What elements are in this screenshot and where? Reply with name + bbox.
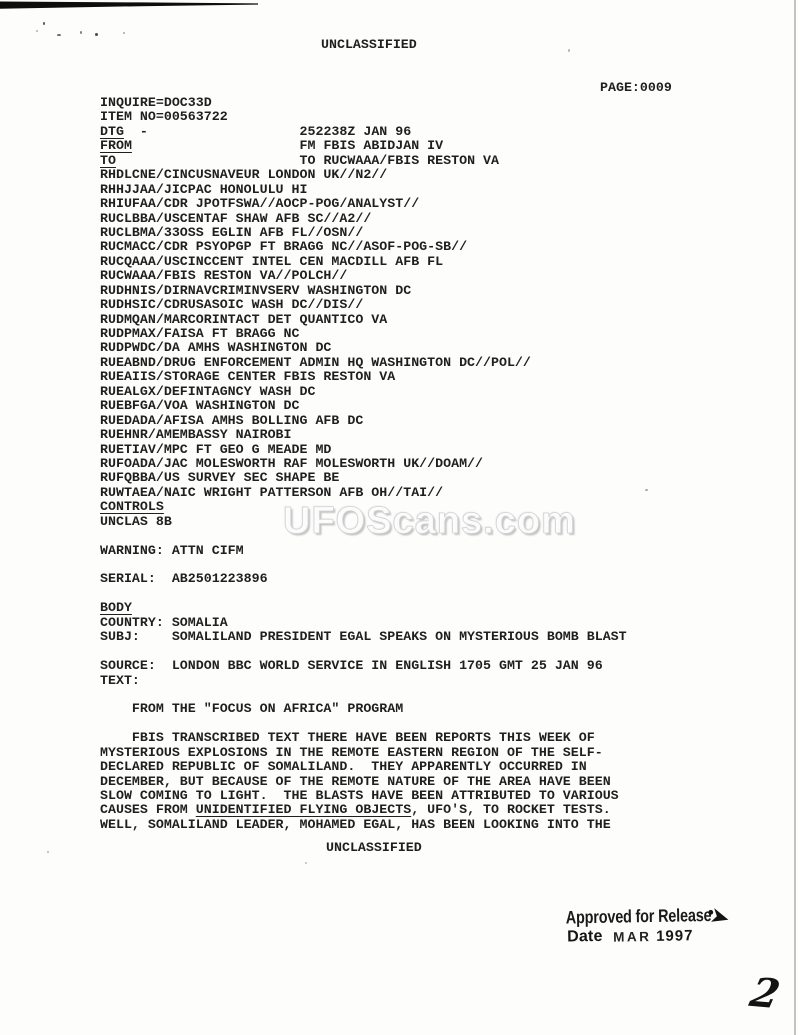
doc-line: BODY	[100, 601, 627, 615]
doc-line: DTG - 252238Z JAN 96	[100, 125, 627, 139]
doc-line: DECLARED REPUBLIC OF SOMALILAND. THEY AP…	[100, 760, 627, 774]
stamp-date-month: MAR	[613, 929, 652, 945]
doc-line: SOURCE: LONDON BBC WORLD SERVICE IN ENGL…	[100, 659, 627, 673]
doc-line: FBIS TRANSCRIBED TEXT THERE HAVE BEEN RE…	[100, 731, 627, 745]
doc-line: ITEM NO=00563722	[100, 110, 627, 124]
stamp-date-year: 1997	[656, 927, 694, 945]
document-lines: INQUIRE=DOC33DITEM NO=00563722DTG - 2522…	[100, 96, 627, 832]
page-number-label: PAGE:0009	[600, 81, 672, 95]
scan-speck	[123, 32, 125, 34]
doc-line: TO TO RUCWAAA/FBIS RESTON VA	[100, 154, 627, 168]
doc-line: RUEDADA/AFISA AMHS BOLLING AFB DC	[100, 414, 627, 428]
doc-line: RUFQBBA/US SURVEY SEC SHAPE BE	[100, 471, 627, 485]
doc-line: RUEHNR/AMEMBASSY NAIROBI	[100, 428, 627, 442]
scan-edge-line	[794, 0, 796, 1035]
doc-line: RUDPWDC/DA AMHS WASHINGTON DC	[100, 341, 627, 355]
doc-line	[100, 717, 627, 731]
doc-line: RUFOADA/JAC MOLESWORTH RAF MOLESWORTH UK…	[100, 457, 627, 471]
doc-line: RHIUFAA/CDR JPOTFSWA//AOCP-POG/ANALYST//	[100, 197, 627, 211]
doc-line: CAUSES FROM UNIDENTIFIED FLYING OBJECTS,…	[100, 803, 627, 817]
doc-line: RUCWAAA/FBIS RESTON VA//POLCH//	[100, 269, 627, 283]
approval-stamp: Approved for Release Date MAR 1997	[566, 905, 737, 954]
doc-line	[100, 558, 627, 572]
classification-footer: UNCLASSIFIED	[326, 841, 422, 855]
doc-line: RHHJJAA/JICPAC HONOLULU HI	[100, 183, 627, 197]
scan-speck	[36, 30, 38, 32]
scan-speck	[568, 49, 570, 52]
doc-line: MYSTERIOUS EXPLOSIONS IN THE REMOTE EAST…	[100, 746, 627, 760]
doc-line: RUCLBBA/USCENTAF SHAW AFB SC//A2//	[100, 212, 627, 226]
scan-speck	[57, 34, 61, 36]
doc-line: RUEBFGA/VOA WASHINGTON DC	[100, 399, 627, 413]
doc-line: RUCQAAA/USCINCCENT INTEL CEN MACDILL AFB…	[100, 255, 627, 269]
doc-line: TEXT:	[100, 674, 627, 688]
doc-line: INQUIRE=DOC33D	[100, 96, 627, 110]
doc-line: RHDLCNE/CINCUSNAVEUR LONDON UK//N2//	[100, 168, 627, 182]
doc-line: RUDPMAX/FAISA FT BRAGG NC	[100, 327, 627, 341]
doc-line: RUDHSIC/CDRUSASOIC WASH DC//DIS//	[100, 298, 627, 312]
classification-header: UNCLASSIFIED	[321, 38, 417, 52]
doc-line: COUNTRY: SOMALIA	[100, 616, 627, 630]
doc-line: SUBJ: SOMALILAND PRESIDENT EGAL SPEAKS O…	[100, 630, 627, 644]
doc-line: FROM THE "FOCUS ON AFRICA" PROGRAM	[100, 702, 627, 716]
scan-speck	[305, 862, 307, 864]
scanned-document-page: UNCLASSIFIED PAGE:0009 INQUIRE=DOC33DITE…	[0, 0, 800, 1035]
doc-line: RUEABND/DRUG ENFORCEMENT ADMIN HQ WASHIN…	[100, 356, 627, 370]
scan-speck	[95, 33, 98, 36]
doc-line: WARNING: ATTN CIFM	[100, 544, 627, 558]
doc-line: FROM FM FBIS ABIDJAN IV	[100, 139, 627, 153]
watermark-text: UFOScans.com	[283, 499, 576, 543]
doc-line	[100, 587, 627, 601]
handwritten-page-number: 2	[747, 973, 784, 1015]
scan-speck	[645, 489, 648, 491]
doc-line: RUDMQAN/MARCORINTACT DET QUANTICO VA	[100, 313, 627, 327]
scan-speck	[80, 31, 82, 34]
doc-line: DECEMBER, BUT BECAUSE OF THE REMOTE NATU…	[100, 775, 627, 789]
doc-line: RUEAIIS/STORAGE CENTER FBIS RESTON VA	[100, 370, 627, 384]
scan-speck	[47, 851, 49, 853]
stamp-date-label: Date	[567, 928, 603, 947]
doc-line	[100, 688, 627, 702]
doc-line: RUEALGX/DEFINTAGNCY WASH DC	[100, 385, 627, 399]
doc-line: RUCMACC/CDR PSYOPGP FT BRAGG NC//ASOF-PO…	[100, 240, 627, 254]
doc-line: RUDHNIS/DIRNAVCRIMINVSERV WASHINGTON DC	[100, 284, 627, 298]
doc-line: RUETIAV/MPC FT GEO G MEADE MD	[100, 443, 627, 457]
scan-speck	[43, 22, 45, 25]
doc-line: RUCLBMA/33OSS EGLIN AFB FL//OSN//	[100, 226, 627, 240]
scan-artifact-top-bar	[0, 0, 270, 12]
doc-line: SLOW COMING TO LIGHT. THE BLASTS HAVE BE…	[100, 789, 627, 803]
stamp-approved-text: Approved for Release	[566, 905, 712, 929]
doc-line	[100, 645, 627, 659]
doc-line: WELL, SOMALILAND LEADER, MOHAMED EGAL, H…	[100, 818, 627, 832]
doc-line: SERIAL: AB2501223896	[100, 572, 627, 586]
